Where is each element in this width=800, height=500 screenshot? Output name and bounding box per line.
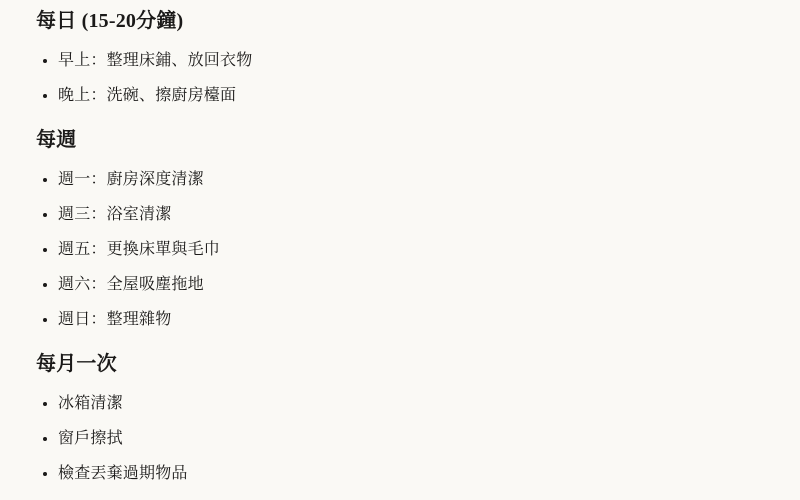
task-item: 週日：整理雜物 [58,310,760,329]
task-item: 週一：廚房深度清潔 [58,170,760,189]
chore-schedule-document: 每日 (15-20分鐘) 早上：整理床鋪、放回衣物 晚上：洗碗、擦廚房檯面 每週… [0,0,800,483]
monthly-task-list: 冰箱清潔 窗戶擦拭 檢查丟棄過期物品 [36,394,760,483]
section-weekly-heading: 每週 [36,129,760,152]
task-item: 週三：浴室清潔 [58,205,760,224]
section-weekly: 每週 週一：廚房深度清潔 週三：浴室清潔 週五：更換床單與毛巾 週六：全屋吸塵拖… [36,129,760,329]
section-daily-heading: 每日 (15-20分鐘) [36,10,760,33]
task-item: 早上：整理床鋪、放回衣物 [58,51,760,70]
section-monthly: 每月一次 冰箱清潔 窗戶擦拭 檢查丟棄過期物品 [36,353,760,483]
section-monthly-heading: 每月一次 [36,353,760,376]
task-item: 晚上：洗碗、擦廚房檯面 [58,86,760,105]
task-item: 週六：全屋吸塵拖地 [58,275,760,294]
task-item: 檢查丟棄過期物品 [58,464,760,483]
task-item: 週五：更換床單與毛巾 [58,240,760,259]
task-item: 窗戶擦拭 [58,429,760,448]
weekly-task-list: 週一：廚房深度清潔 週三：浴室清潔 週五：更換床單與毛巾 週六：全屋吸塵拖地 週… [36,170,760,329]
section-daily: 每日 (15-20分鐘) 早上：整理床鋪、放回衣物 晚上：洗碗、擦廚房檯面 [36,10,760,105]
task-item: 冰箱清潔 [58,394,760,413]
daily-task-list: 早上：整理床鋪、放回衣物 晚上：洗碗、擦廚房檯面 [36,51,760,105]
